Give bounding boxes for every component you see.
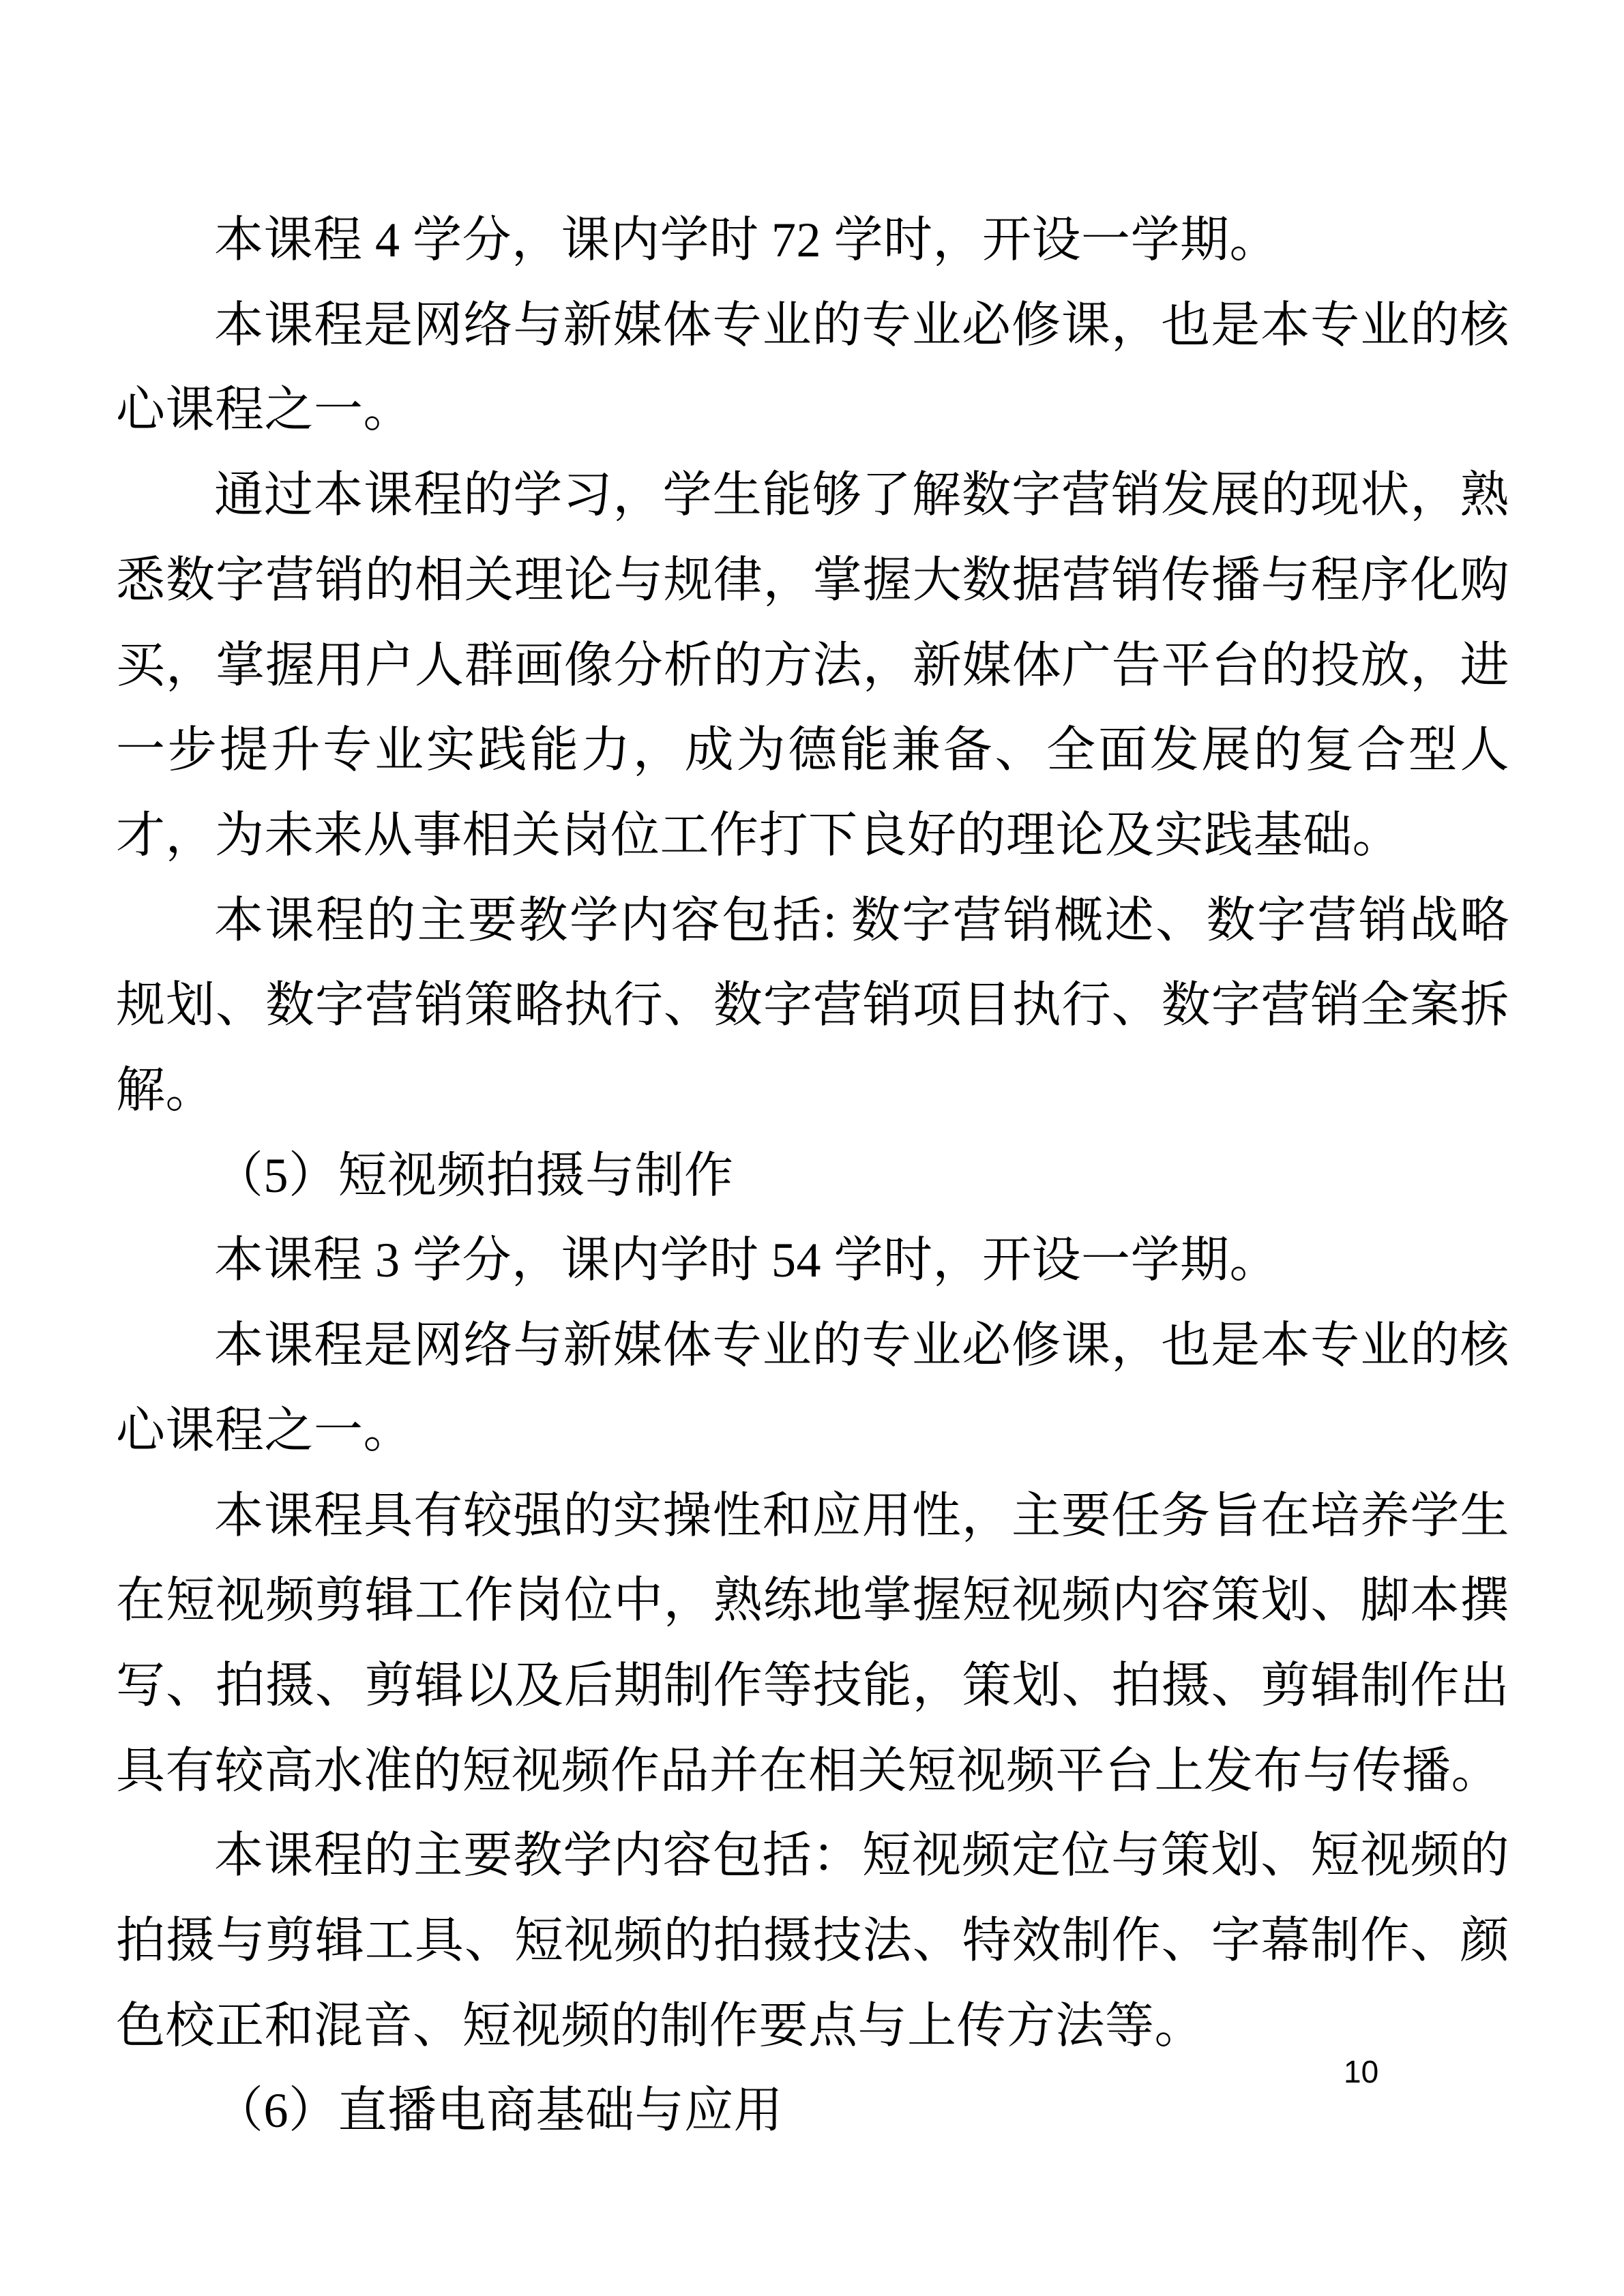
paragraph-course-goals-short-video: 本课程具有较强的实操性和应用性，主要任务旨在培养学生在短视频剪辑工作岗位中，熟练… <box>116 1474 1509 1814</box>
paragraph-course-goals-digital-marketing: 通过本课程的学习，学生能够了解数字营销发展的现状，熟悉数字营销的相关理论与规律，… <box>116 453 1509 878</box>
paragraph-credits-short-video: 本课程 3 学分，课内学时 54 学时，开设一学期。 <box>116 1218 1509 1303</box>
heading-course-6-live-ecommerce: （6）直播电商基础与应用 <box>116 2068 1509 2153</box>
page-number: 10 <box>1344 2054 1378 2089</box>
document-page: 本课程 4 学分，课内学时 72 学时，开设一学期。 本课程是网络与新媒体专业的… <box>0 0 1624 2296</box>
paragraph-credits-digital-marketing: 本课程 4 学分，课内学时 72 学时，开设一学期。 <box>116 198 1509 283</box>
heading-course-5-short-video: （5）短视频拍摄与制作 <box>116 1133 1509 1219</box>
paragraph-course-nature-digital-marketing: 本课程是网络与新媒体专业的专业必修课，也是本专业的核心课程之一。 <box>116 283 1509 453</box>
paragraph-course-content-digital-marketing: 本课程的主要教学内容包括: 数字营销概述、数字营销战略规划、数字营销策略执行、数… <box>116 878 1509 1133</box>
paragraph-course-nature-short-video: 本课程是网络与新媒体专业的专业必修课，也是本专业的核心课程之一。 <box>116 1303 1509 1473</box>
document-body: 本课程 4 学分，课内学时 72 学时，开设一学期。 本课程是网络与新媒体专业的… <box>116 198 1509 2153</box>
paragraph-course-content-short-video: 本课程的主要教学内容包括：短视频定位与策划、短视频的拍摄与剪辑工具、短视频的拍摄… <box>116 1813 1509 2068</box>
